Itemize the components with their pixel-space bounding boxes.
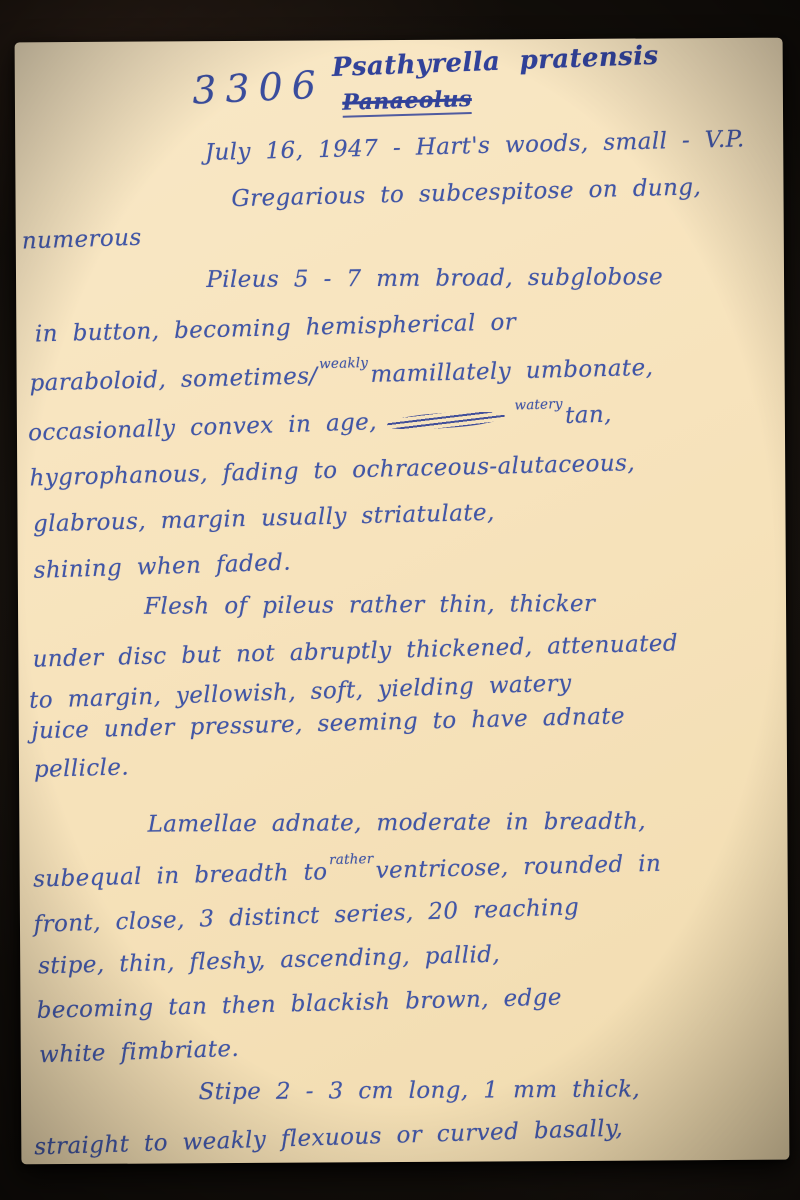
flesh-line-5: pellicle. [34, 754, 130, 782]
lamellae-line-2: subequal in breadth toratherventricose, … [33, 851, 662, 893]
pileus-line-2: in button, becoming hemispherical or [35, 309, 517, 347]
lamellae-line-4: stipe, thin, fleshy, ascending, pallid, [38, 942, 501, 980]
pileus-line-1: Pileus 5 - 7 mm broad, subglobose [206, 264, 663, 293]
pileus-line-4a: occasionally convex in age, [28, 409, 378, 446]
lamellae-line-5: becoming tan then blackish brown, edge [36, 985, 562, 1024]
stipe-line-1: Stipe 2 - 3 cm long, 1 mm thick, [198, 1076, 640, 1105]
lamellae-line-3: front, close, 3 distinct series, 20 reac… [33, 894, 579, 938]
struck-out-word-scribble [387, 409, 506, 432]
pileus-line-3a: paraboloid, sometimes/ [29, 363, 318, 396]
species-title: Psathyrella pratensis [331, 41, 659, 83]
pileus-line-4b: tan, [565, 402, 613, 429]
pileus-line-3b: mamillately umbonate, [370, 355, 653, 388]
date-location-line: July 16, 1947 - Hart's woods, small - V.… [205, 126, 745, 166]
habit-margin-word: numerous [21, 225, 141, 255]
habit-line: Gregarious to subcespitose on dung, [231, 174, 701, 212]
lamellae-line-1: Lamellae adnate, moderate in breadth, [147, 809, 646, 838]
lamellae-line-2b: ventricose, rounded in [375, 851, 661, 884]
pileus-line-3: paraboloid, sometimes/weaklymamillately … [29, 355, 653, 397]
title-genus: Psathyrella [331, 47, 500, 83]
lamellae-line-2a: subequal in breadth to [33, 859, 328, 892]
title-species: pratensis [519, 41, 659, 76]
flesh-line-1: Flesh of pileus rather thin, thicker [144, 591, 595, 620]
struck-out-genus: Panaeolus [342, 86, 472, 118]
handwriting-layer: 3306 Psathyrella pratensis Panaeolus Jul… [12, 36, 793, 1167]
insert-word-watery: watery [514, 396, 563, 414]
pileus-line-7: shining when faded. [33, 550, 291, 584]
catalog-number: 3306 [191, 63, 326, 113]
flesh-line-2: under disc but not abruptly thickened, a… [32, 630, 678, 672]
insert-word-weakly: weakly [319, 355, 368, 372]
pileus-line-6: glabrous, margin usually striatulate, [33, 500, 495, 538]
stipe-line-2: straight to weakly flexuous or curved ba… [34, 1115, 624, 1160]
lamellae-line-6: white fimbriate. [39, 1036, 240, 1068]
insert-word-rather: rather [329, 851, 374, 868]
pileus-line-4: occasionally convex in age,waterytan, [28, 402, 612, 447]
index-card: 3306 Psathyrella pratensis Panaeolus Jul… [15, 38, 790, 1165]
pileus-line-5: hygrophanous, fading to ochraceous-aluta… [29, 450, 635, 491]
photo-background: 3306 Psathyrella pratensis Panaeolus Jul… [0, 0, 800, 1200]
